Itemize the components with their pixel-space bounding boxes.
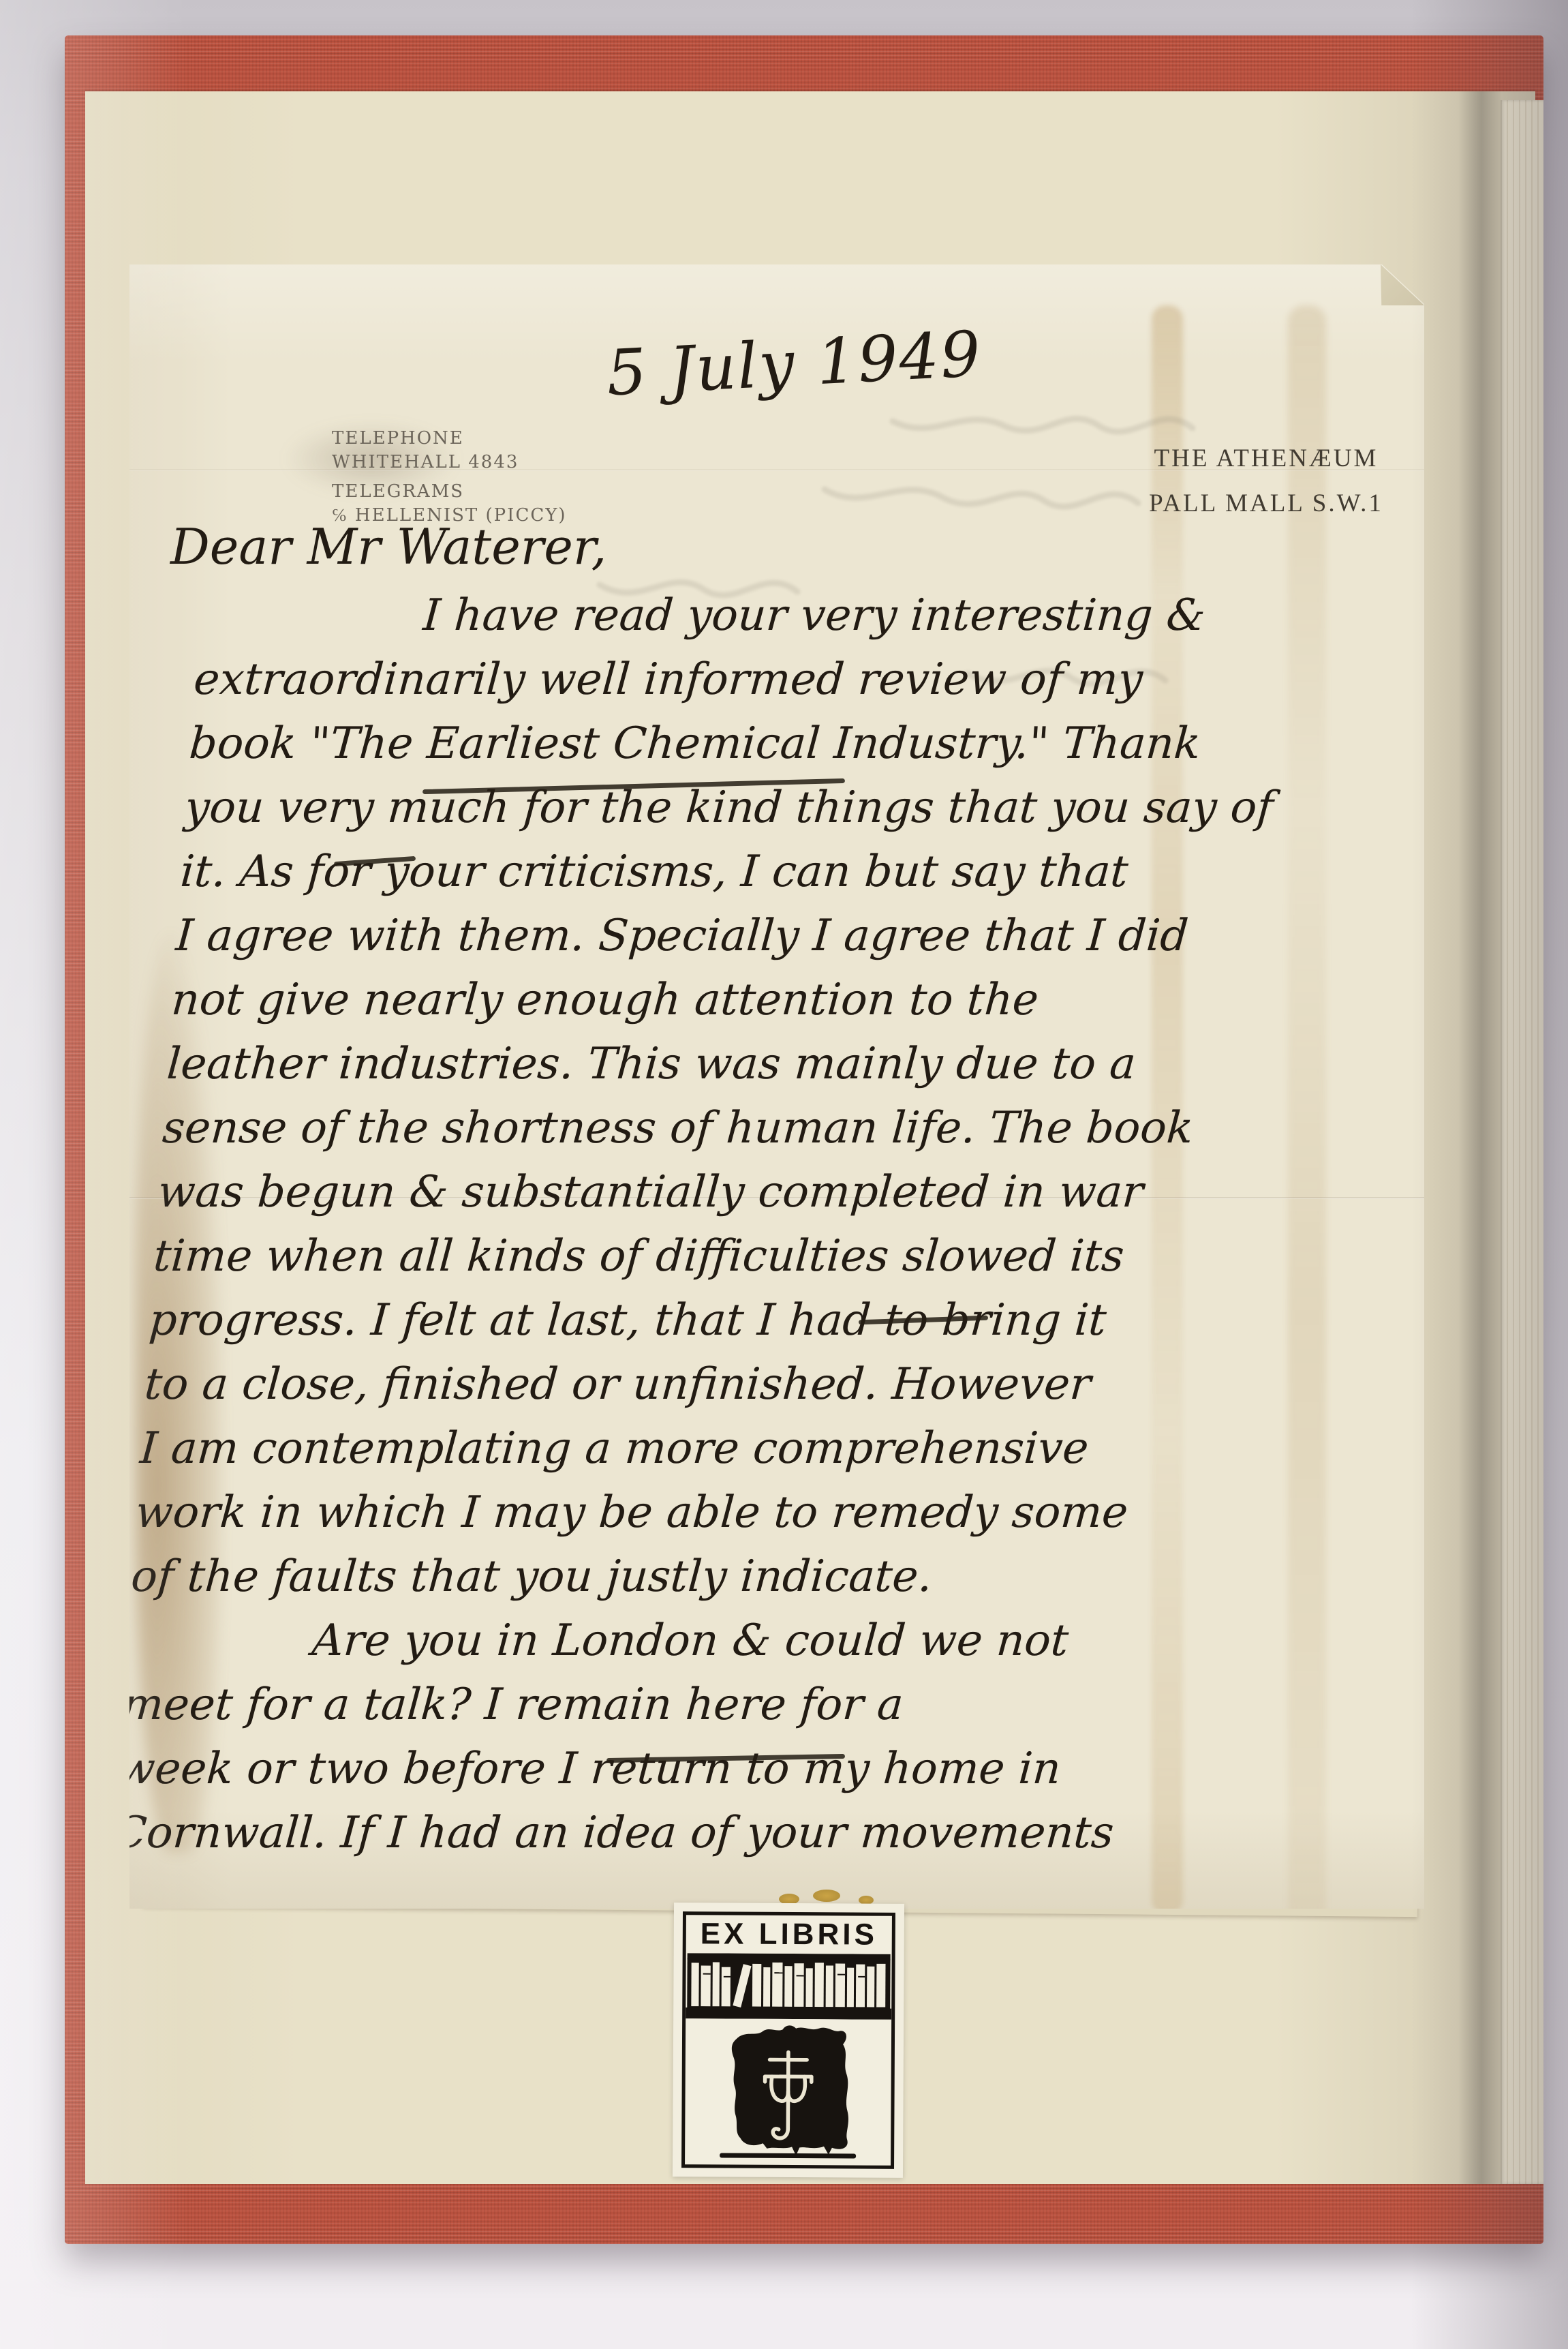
club-name: THE ATHENÆUM [1130,436,1402,481]
spacer [332,474,567,480]
handwritten-line: of the faults that you justly indicate. [129,1551,1393,1616]
letterhead-contact-block: TELEPHONE WHITEHALL 4843 TELEGRAMS ℅ HEL… [332,427,567,528]
handwritten-line: I agree with them. Specially I agree tha… [173,911,1437,975]
bookplate-border: EX LIBRIS [681,1911,895,2169]
handwritten-line: week or two before I return to my home i… [115,1744,1379,1808]
handwritten-line: book "The Earliest Chemical Industry." T… [187,718,1451,783]
handwritten-line: not give nearly enough attention to the [169,975,1433,1039]
handwritten-line: it. As for your criticisms, I can but sa… [178,847,1442,911]
book-gutter-shadow [1458,91,1501,2184]
ex-libris-bookplate: EX LIBRIS [673,1903,904,2178]
telephone-label: TELEPHONE [332,427,567,451]
handwritten-line: to a close, finished or unfinished. Howe… [142,1359,1406,1423]
handwritten-line: time when all kinds of difficulties slow… [151,1231,1415,1295]
page-edges [1501,100,1543,2184]
handwritten-line: work in which I may be able to remedy so… [133,1487,1397,1551]
handwritten-line: leather industries. This was mainly due … [164,1039,1428,1103]
bookplate-title: EX LIBRIS [686,1915,892,1954]
book-cover-red-cloth: TELEPHONE WHITEHALL 4843 TELEGRAMS ℅ HEL… [65,35,1543,2244]
handwritten-line: extraordinarily well informed review of … [191,654,1456,718]
handwritten-line: Are you in London & could we not [124,1616,1388,1680]
handwritten-line: progress. I felt at last, that I had to … [147,1295,1411,1359]
photo-of-letter-in-book: TELEPHONE WHITEHALL 4843 TELEGRAMS ℅ HEL… [0,0,1568,2349]
bookshelf-icon [686,1953,891,2020]
letterhead-club-block: THE ATHENÆUM PALL MALL S.W.1 [1130,436,1402,526]
handwritten-line: I am contemplating a more comprehensive [138,1423,1402,1487]
handwritten-line: sense of the shortness of human life. Th… [160,1103,1424,1167]
handwritten-line: I have read your very interesting & [196,590,1460,654]
leather-hide-icon [713,2022,863,2157]
bookplate-ground-line [720,2153,856,2158]
handwritten-line: Cornwall. If I had an idea of your movem… [110,1808,1374,1872]
glue-spot [813,1890,840,1902]
club-address: PALL MALL S.W.1 [1130,481,1402,526]
telephone-number: WHITEHALL 4843 [332,451,567,474]
handwritten-line: you very much for the kind things that y… [182,783,1446,847]
letter-body: I have read your very interesting &extra… [110,590,1459,1872]
salutation: Dear Mr Waterer, [170,518,606,575]
handwritten-line: meet for a talk? I remain here for a [119,1680,1383,1744]
telegrams-label: TELEGRAMS [332,480,567,504]
letter-sheet: TELEPHONE WHITEHALL 4843 TELEGRAMS ℅ HEL… [129,264,1424,1909]
handwritten-line: was begun & substantially completed in w… [155,1167,1419,1231]
